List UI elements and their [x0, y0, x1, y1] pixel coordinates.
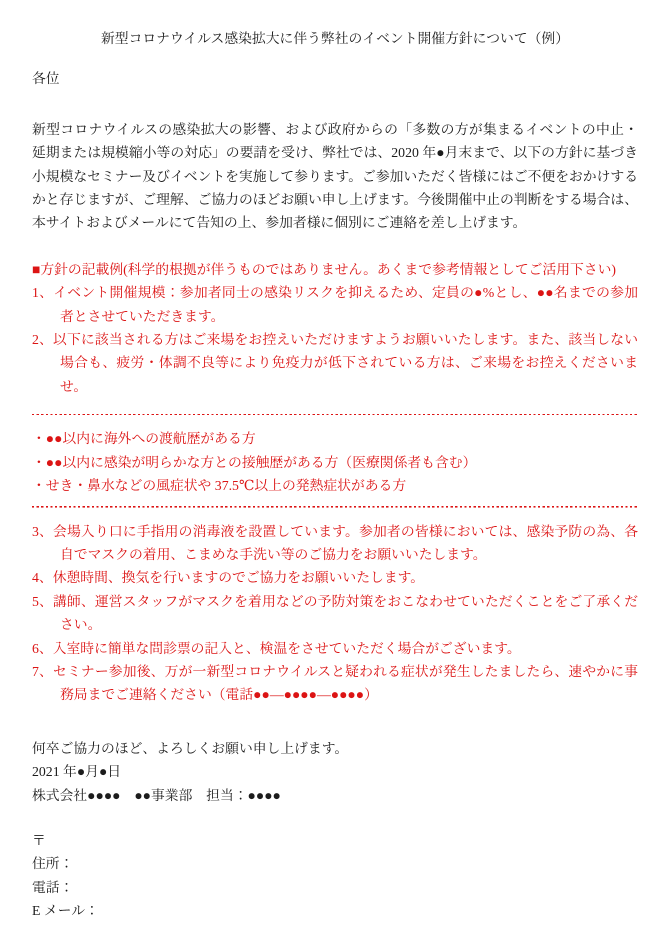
phone-label: 電話：: [32, 876, 638, 899]
exclusion-item-contact: ・●●以内に感染が明らかな方との接触歴がある方（医療関係者も含む）: [32, 451, 638, 474]
document-page: 新型コロナウイルス感染拡大に伴う弊社のイベント開催方針について（例） 各位 新型…: [0, 0, 670, 952]
policy-item-5: 5、講師、運営スタッフがマスクを着用などの予防対策をおこなわせていただくことをご…: [32, 590, 638, 637]
salutation: 各位: [32, 67, 638, 90]
policy-item-2: 2、以下に該当される方はご来場をお控えいただけますようお願いいたします。また、該…: [32, 328, 638, 398]
document-title: 新型コロナウイルス感染拡大に伴う弊社のイベント開催方針について（例）: [32, 27, 638, 50]
email-label: E メール：: [32, 899, 638, 922]
dashed-separator-bottom: [32, 506, 638, 508]
exclusion-item-symptoms: ・せき・鼻水などの風症状や 37.5℃以上の発熱症状がある方: [32, 474, 638, 497]
policy-item-7: 7、セミナー参加後、万が一新型コロナウイルスと疑われる症状が発生したましたら、速…: [32, 660, 638, 707]
exclusion-item-travel: ・●●以内に海外への渡航歴がある方: [32, 427, 638, 450]
date-line: 2021 年●月●日: [32, 760, 638, 783]
contact-block: 〒 住所： 電話： E メール：: [32, 829, 638, 923]
policy-item-6: 6、入室時に簡単な問診票の記入と、検温をさせていただく場合がございます。: [32, 637, 638, 660]
policy-item-3: 3、会場入り口に手指用の消毒液を設置しています。参加者の皆様においては、感染予防…: [32, 520, 638, 567]
postal-mark: 〒: [32, 829, 638, 852]
company-line: 株式会社●●●● ●●事業部 担当：●●●●: [32, 784, 638, 807]
intro-paragraph: 新型コロナウイルスの感染拡大の影響、および政府からの「多数の方が集まるイベントの…: [32, 118, 638, 235]
policy-section: ■方針の記載例(科学的根拠が伴うものではありません。あくまで参考情報としてご活用…: [32, 258, 638, 707]
dashed-separator-top: [32, 413, 638, 415]
policy-item-1: 1、イベント開催規模：参加者同士の感染リスクを抑えるため、定員の●%とし、●●名…: [32, 281, 638, 328]
closing-line: 何卒ご協力のほど、よろしくお願い申し上げます。: [32, 737, 638, 760]
address-label: 住所：: [32, 852, 638, 875]
policy-header: ■方針の記載例(科学的根拠が伴うものではありません。あくまで参考情報としてご活用…: [32, 258, 638, 281]
policy-item-4: 4、休憩時間、換気を行いますのでご協力をお願いいたします。: [32, 566, 638, 589]
